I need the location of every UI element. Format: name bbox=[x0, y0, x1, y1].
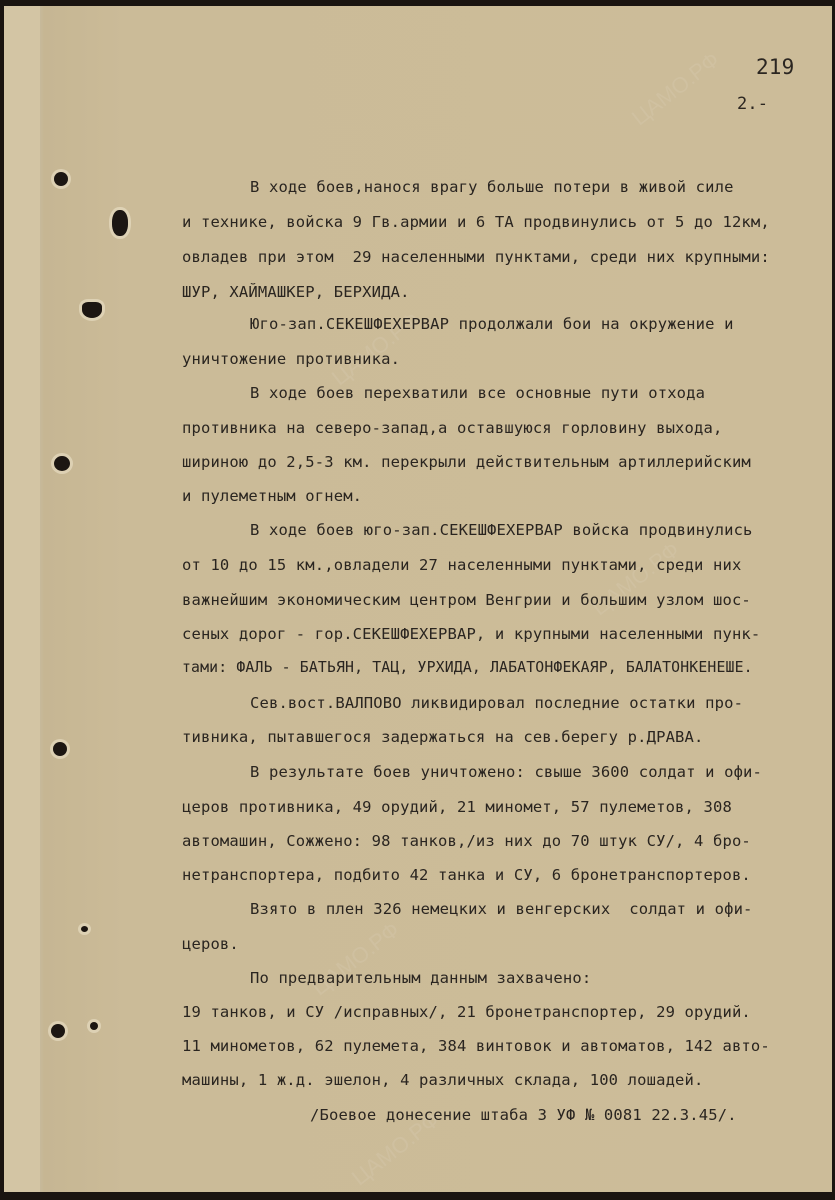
source-reference: /Боевое донесение штаба 3 УФ № 0081 22.3… bbox=[310, 1106, 737, 1124]
text-line: сеных дорог - гор.СЕКЕШФЕХЕРВАР, и крупн… bbox=[182, 625, 760, 643]
text-line: тами: ФАЛЬ - БАТЬЯН, ТАЦ, УРХИДА, ЛАБАТО… bbox=[182, 659, 753, 676]
text-line: шириною до 2,5-3 км. перекрыли действите… bbox=[182, 453, 751, 471]
text-line: противника на северо-запад,а оставшуюся … bbox=[182, 419, 722, 437]
text-line: и технике, войска 9 Гв.армии и 6 ТА прод… bbox=[182, 213, 770, 231]
archive-page-number: 219 bbox=[756, 55, 794, 79]
text-line: Сев.вост.ВАЛПОВО ликвидировал последние … bbox=[250, 694, 743, 712]
text-line: овладев при этом 29 населенными пунктами… bbox=[182, 248, 770, 266]
page-number: 2.- bbox=[737, 94, 768, 114]
text-line: 19 танков, и СУ /исправных/, 21 бронетра… bbox=[182, 1003, 751, 1021]
text-line: и пулеметным огнем. bbox=[182, 487, 362, 505]
text-line: По предварительным данным захвачено: bbox=[250, 969, 591, 987]
text-line: нетранспортера, подбито 42 танка и СУ, 6… bbox=[182, 866, 751, 884]
text-line: 11 минометов, 62 пулемета, 384 винтовок … bbox=[182, 1037, 770, 1055]
text-line: тивника, пытавшегося задержаться на сев.… bbox=[182, 728, 704, 746]
text-line: церов противника, 49 орудий, 21 миномет,… bbox=[182, 798, 732, 816]
text-line: автомашин, Сожжено: 98 танков,/из них до… bbox=[182, 832, 751, 850]
text-line: ШУР, ХАЙМАШКЕР, БЕРХИДА. bbox=[182, 283, 410, 301]
text-line: уничтожение противника. bbox=[182, 350, 400, 368]
text-line: церов. bbox=[182, 935, 239, 953]
document-page: ЦАМО.РФ ЦАМО.РФ ЦАМО.РФ ЦАМО.РФ ЦАМО.РФ … bbox=[4, 6, 832, 1192]
text-line: В результате боев уничтожено: свыше 3600… bbox=[250, 763, 762, 781]
text-line: В ходе боев перехватили все основные пут… bbox=[250, 384, 705, 402]
text-line: важнейшим экономическим центром Венгрии … bbox=[182, 591, 751, 609]
text-line: от 10 до 15 км.,овладели 27 населенными … bbox=[182, 556, 741, 574]
text-line: машины, 1 ж.д. эшелон, 4 различных склад… bbox=[182, 1071, 704, 1089]
text-line: Взято в плен 326 немецких и венгерских с… bbox=[250, 900, 753, 918]
text-line: Юго-зап.СЕКЕШФЕХЕРВАР продолжали бои на … bbox=[250, 315, 734, 333]
text-line: В ходе боев,нанося врагу больше потери в… bbox=[250, 178, 734, 196]
text-line: В ходе боев юго-зап.СЕКЕШФЕХЕРВАР войска… bbox=[250, 521, 753, 539]
document-body: 219 2.- В ходе боев,нанося врагу больше … bbox=[4, 6, 832, 1192]
